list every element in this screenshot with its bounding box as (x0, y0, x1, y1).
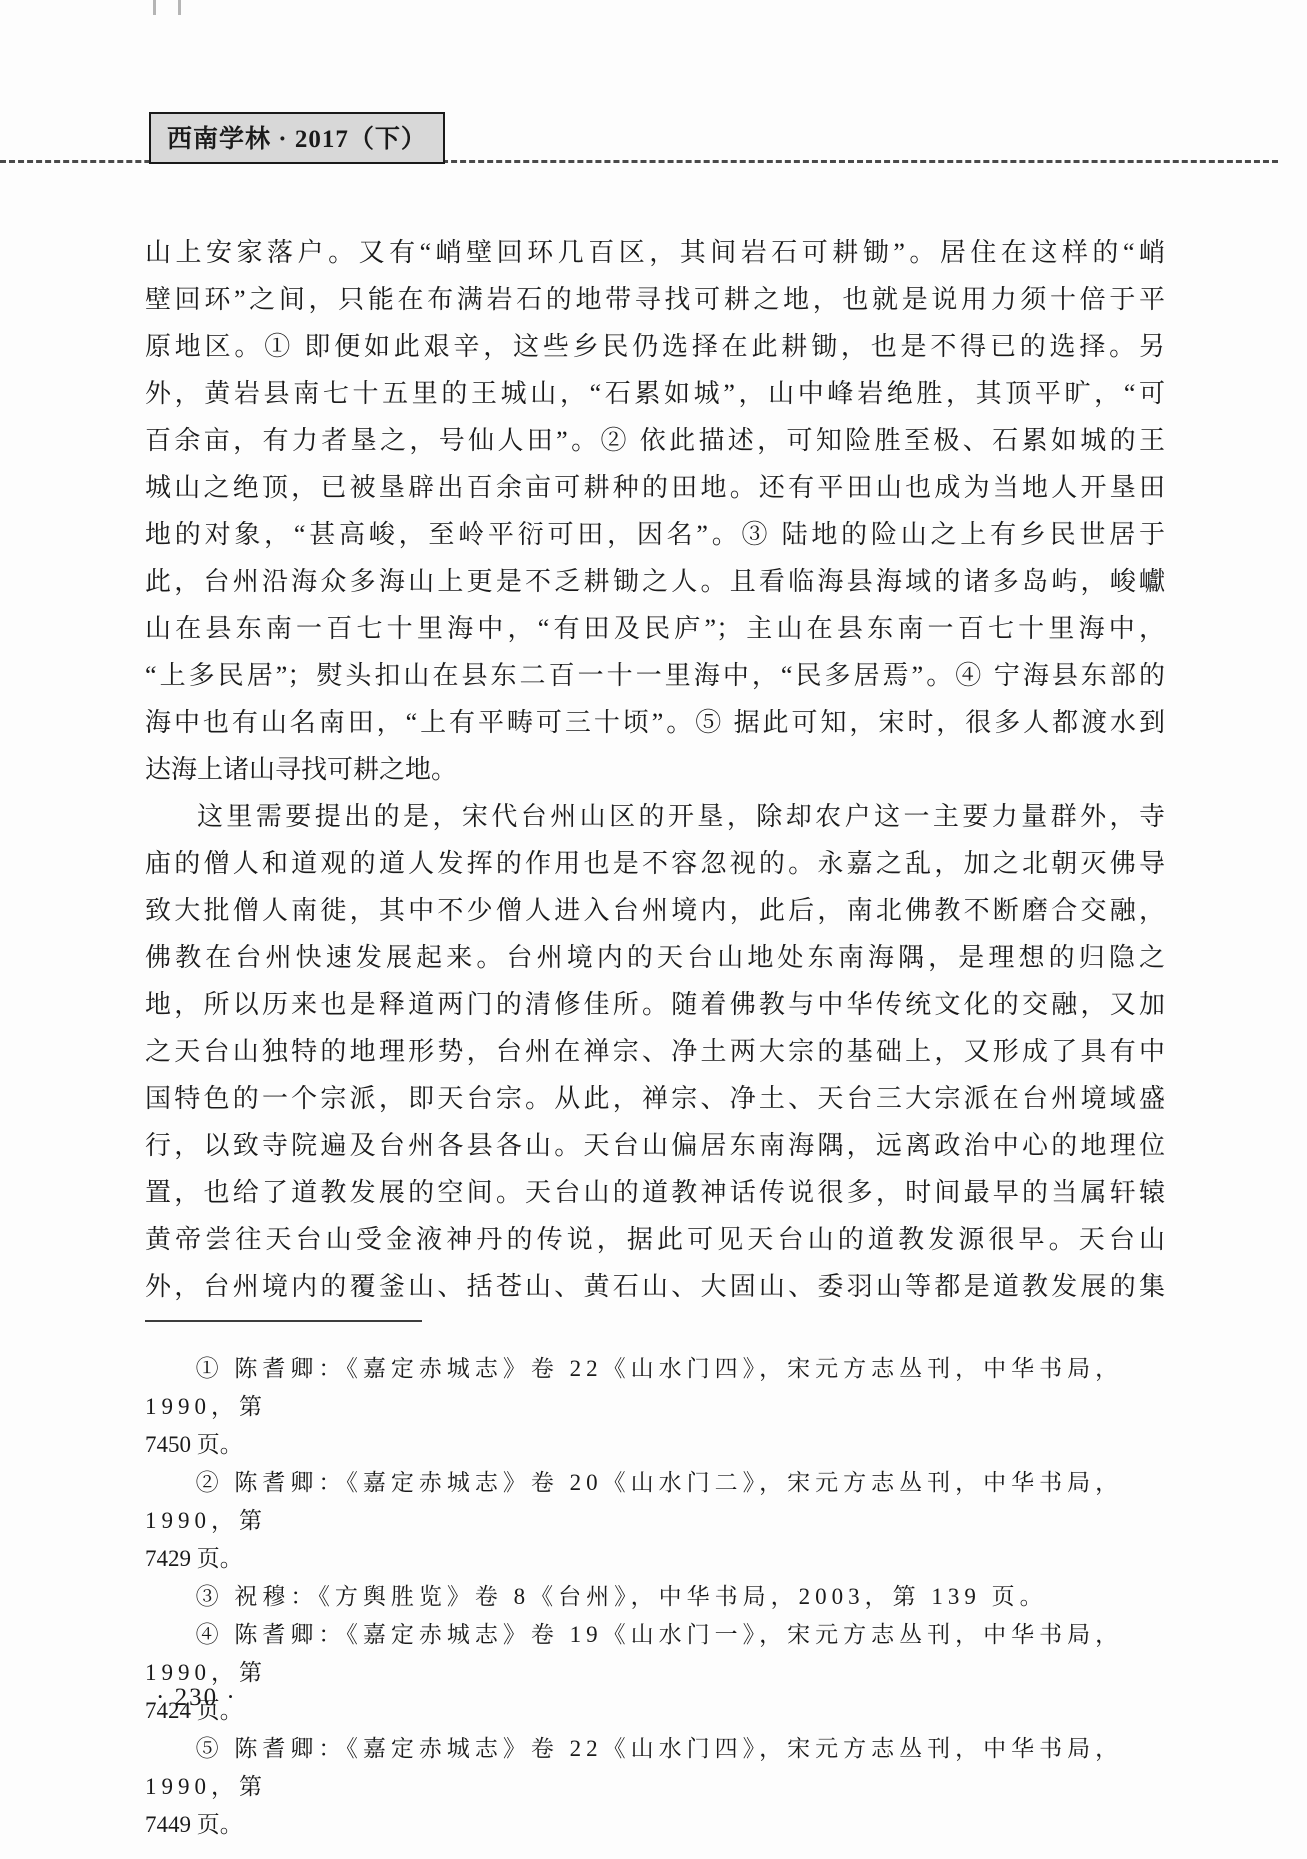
footnote-line: 7429 页。 (145, 1540, 1165, 1578)
text-line: 百余亩，有力者垦之，号仙人田”。② 依此描述，可知险胜至极、石累如城的王 (145, 417, 1165, 464)
text-line: 国特色的一个宗派，即天台宗。从此，禅宗、净土、天台三大宗派在台州境域盛 (145, 1075, 1165, 1122)
text-line: 地，所以历来也是释道两门的清修佳所。随着佛教与中华传统文化的交融，又加 (145, 981, 1165, 1028)
footnote: ④ 陈耆卿：《嘉定赤城志》卷 19《山水门一》，宋元方志丛刊，中华书局，1990… (145, 1616, 1165, 1730)
series-title-badge: 西南学林 · 2017（下） (149, 112, 445, 164)
text-line: 壁回环”之间，只能在布满岩石的地带寻找可耕之地，也就是说用力须十倍于平 (145, 276, 1165, 323)
text-line: 此，台州沿海众多海山上更是不乏耕锄之人。且看临海县海域的诸多岛屿，峻巘 (145, 558, 1165, 605)
text-line: 外，台州境内的覆釜山、括苍山、黄石山、大固山、委羽山等都是道教发展的集 (145, 1263, 1165, 1310)
scan-artifact-tick (153, 0, 156, 15)
text-line: 庙的僧人和道观的道人发挥的作用也是不容忽视的。永嘉之乱，加之北朝灭佛导 (145, 840, 1165, 887)
text-line: 行，以致寺院遍及台州各县各山。天台山偏居东南海隅，远离政治中心的地理位 (145, 1122, 1165, 1169)
series-title: 西南学林 · 2017（下） (167, 126, 427, 153)
footnote-line: ⑤ 陈耆卿：《嘉定赤城志》卷 22《山水门四》，宋元方志丛刊，中华书局，1990… (145, 1730, 1165, 1806)
footnote-separator (145, 1320, 422, 1322)
text-line: “上多民居”；熨头扣山在县东二百一十一里海中，“民多居焉”。④ 宁海县东部的 (145, 652, 1165, 699)
text-line: 达海上诸山寻找可耕之地。 (145, 746, 1165, 793)
text-line: 之天台山独特的地理形势，台州在禅宗、净土两大宗的基础上，又形成了具有中 (145, 1028, 1165, 1075)
paragraph-2: 这里需要提出的是，宋代台州山区的开垦，除却农户这一主要力量群外，寺庙的僧人和道观… (145, 793, 1165, 1310)
text-line: 这里需要提出的是，宋代台州山区的开垦，除却农户这一主要力量群外，寺 (145, 793, 1165, 840)
footnote-line: 7449 页。 (145, 1806, 1165, 1844)
scan-artifact-tick (178, 0, 181, 15)
footnote: ① 陈耆卿：《嘉定赤城志》卷 22《山水门四》，宋元方志丛刊，中华书局，1990… (145, 1350, 1165, 1464)
footnote: ⑤ 陈耆卿：《嘉定赤城志》卷 22《山水门四》，宋元方志丛刊，中华书局，1990… (145, 1730, 1165, 1844)
text-line: 城山之绝顶，已被垦辟出百余亩可耕种的田地。还有平田山也成为当地人开垦田 (145, 464, 1165, 511)
footnote-line: ④ 陈耆卿：《嘉定赤城志》卷 19《山水门一》，宋元方志丛刊，中华书局，1990… (145, 1616, 1165, 1692)
text-line: 地的对象，“甚高峻，至岭平衍可田，因名”。③ 陆地的险山之上有乡民世居于 (145, 511, 1165, 558)
text-line: 佛教在台州快速发展起来。台州境内的天台山地处东南海隅，是理想的归隐之 (145, 934, 1165, 981)
footnote: ③ 祝穆：《方舆胜览》卷 8《台州》，中华书局，2003，第 139 页。 (145, 1578, 1165, 1616)
footnote-line: ① 陈耆卿：《嘉定赤城志》卷 22《山水门四》，宋元方志丛刊，中华书局，1990… (145, 1350, 1165, 1426)
footnote: ② 陈耆卿：《嘉定赤城志》卷 20《山水门二》，宋元方志丛刊，中华书局，1990… (145, 1464, 1165, 1578)
text-line: 海中也有山名南田，“上有平畴可三十顷”。⑤ 据此可知，宋时，很多人都渡水到 (145, 699, 1165, 746)
text-line: 山上安家落户。又有“峭壁回环几百区，其间岩石可耕锄”。居住在这样的“峭 (145, 229, 1165, 276)
page-number: · 230 · (156, 1684, 237, 1712)
text-line: 黄帝尝往天台山受金液神丹的传说，据此可见天台山的道教发源很早。天台山 (145, 1216, 1165, 1263)
footnote-line: ② 陈耆卿：《嘉定赤城志》卷 20《山水门二》，宋元方志丛刊，中华书局，1990… (145, 1464, 1165, 1540)
footnotes: ① 陈耆卿：《嘉定赤城志》卷 22《山水门四》，宋元方志丛刊，中华书局，1990… (145, 1350, 1165, 1844)
footnote-line: 7424 页。 (145, 1692, 1165, 1730)
text-line: 原地区。① 即便如此艰辛，这些乡民仍选择在此耕锄，也是不得已的选择。另 (145, 323, 1165, 370)
text-line: 山在县东南一百七十里海中，“有田及民庐”；主山在县东南一百七十里海中， (145, 605, 1165, 652)
paragraph-1: 山上安家落户。又有“峭壁回环几百区，其间岩石可耕锄”。居住在这样的“峭壁回环”之… (145, 229, 1165, 793)
text-line: 致大批僧人南徙，其中不少僧人进入台州境内，此后，南北佛教不断磨合交融， (145, 887, 1165, 934)
footnote-line: ③ 祝穆：《方舆胜览》卷 8《台州》，中华书局，2003，第 139 页。 (145, 1578, 1165, 1616)
body-text: 山上安家落户。又有“峭壁回环几百区，其间岩石可耕锄”。居住在这样的“峭壁回环”之… (145, 229, 1165, 1310)
text-line: 外，黄岩县南七十五里的王城山，“石累如城”，山中峰岩绝胜，其顶平旷，“可 (145, 370, 1165, 417)
text-line: 置，也给了道教发展的空间。天台山的道教神话传说很多，时间最早的当属轩辕 (145, 1169, 1165, 1216)
scanned-book-page: 西南学林 · 2017（下） 山上安家落户。又有“峭壁回环几百区，其间岩石可耕锄… (0, 0, 1307, 1859)
footnote-line: 7450 页。 (145, 1426, 1165, 1464)
